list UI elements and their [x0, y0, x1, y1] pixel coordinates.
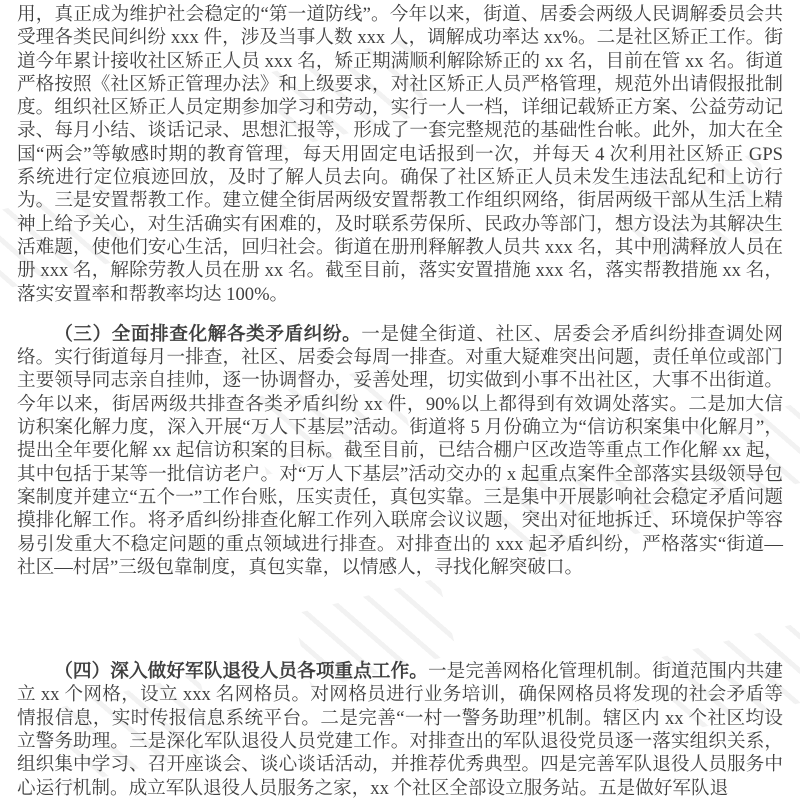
paragraph-text: 用，真正成为维护社会稳定的“第一道防线”。今年以来，街道、居委会两级人民调解委员…	[17, 4, 783, 305]
paragraph-section-4: （四）深入做好军队退役人员各项重点工作。一是完善网格化管理机制。街道范围内共建立…	[17, 660, 783, 800]
document-page: 用，真正成为维护社会稳定的“第一道防线”。今年以来，街道、居委会两级人民调解委员…	[0, 0, 800, 800]
paragraph-section-3: （三）全面排查化解各类矛盾纠纷。一是健全街道、社区、居委会矛盾纠纷排查调处网络。…	[17, 323, 783, 579]
paragraph-text: 一是健全街道、社区、居委会矛盾纠纷排查调处网络。实行街道每月一排查，社区、居委会…	[17, 324, 783, 578]
section-3-heading: （三）全面排查化解各类矛盾纠纷。	[54, 324, 361, 345]
section-4-heading: （四）深入做好军队退役人员各项重点工作。	[54, 661, 428, 682]
paragraph-continuation: 用，真正成为维护社会稳定的“第一道防线”。今年以来，街道、居委会两级人民调解委员…	[17, 3, 783, 306]
